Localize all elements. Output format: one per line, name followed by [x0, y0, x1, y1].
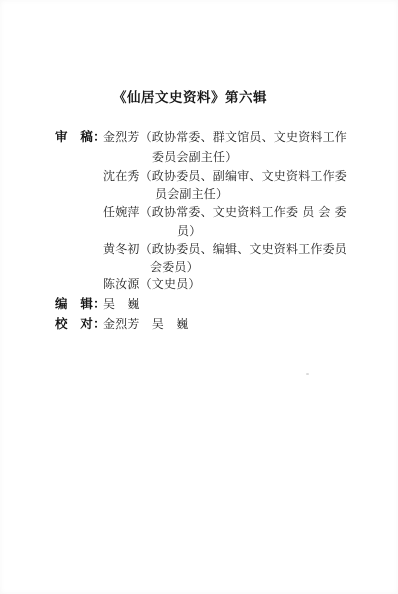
review-line-chenruyuan: 陈汝源（文史员） — [103, 277, 201, 291]
review-line-huangdongchu: 黄冬初（政协委员、编辑、文史资料工作委员 — [103, 242, 347, 256]
proofread-label: 校 对： — [55, 317, 106, 331]
review-line-shenzaixiu-cont: 员会副主任） — [155, 187, 228, 201]
editor-name: 吴 巍 — [103, 297, 140, 311]
proofread-names: 金烈芳 吴 巍 — [103, 317, 188, 331]
scan-speck — [306, 373, 309, 375]
review-line-jinliefang: 金烈芳（政协常委、群文馆员、文史资料工作 — [103, 130, 347, 144]
review-line-shenzaixiu: 沈在秀（政协委员、副编审、文史资料工作委 — [103, 169, 347, 183]
page-title: 《仙居文史资料》第六辑 — [0, 86, 380, 106]
review-label: 审 稿： — [55, 130, 106, 144]
review-line-renwanping-cont: 员） — [177, 224, 201, 238]
editor-label: 编 辑： — [55, 297, 106, 311]
scanned-book-page: 《仙居文史资料》第六辑 审 稿： 金烈芳（政协常委、群文馆员、文史资料工作 委员… — [0, 0, 398, 594]
review-line-huangdongchu-cont: 会委员） — [150, 260, 199, 274]
review-line-renwanping: 任婉萍（政协常委、文史资料工作委 员 会 委 — [103, 205, 347, 219]
review-line-jinliefang-cont: 委员会副主任） — [152, 150, 237, 164]
